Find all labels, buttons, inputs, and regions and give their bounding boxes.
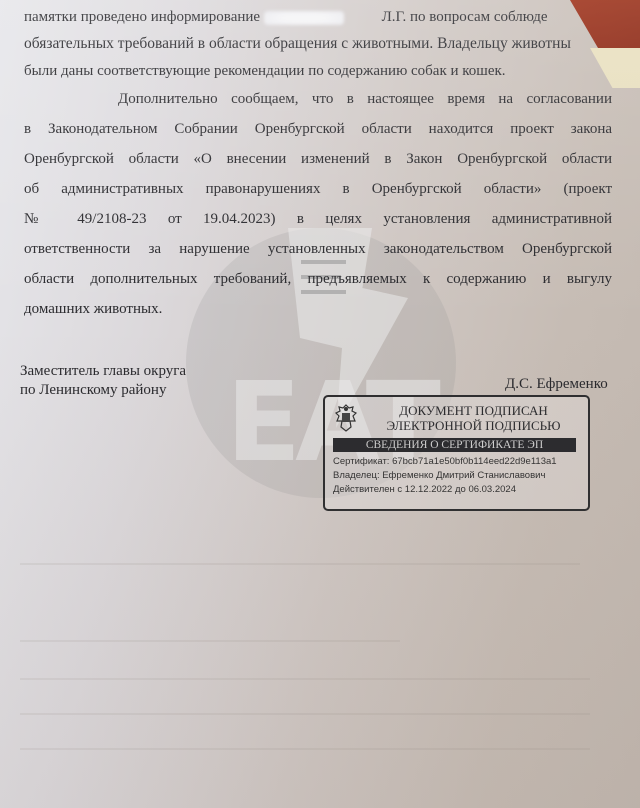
signer-position: Заместитель главы округа по Ленинскому р… xyxy=(20,362,186,400)
paragraph2-line: в Законодательном Собрании Оренбургской … xyxy=(24,118,612,140)
paragraph2-line: домашних животных. xyxy=(24,298,162,320)
paragraph2-line: ответственности за нарушение установленн… xyxy=(24,238,612,260)
bleed-through-line xyxy=(20,563,580,565)
certificate-owner: Владелец: Ефременко Дмитрий Станиславови… xyxy=(333,470,545,481)
paragraph2-line: области дополнительных требований, предъ… xyxy=(24,268,612,290)
certificate-info-bar: СВЕДЕНИЯ О СЕРТИФИКАТЕ ЭП xyxy=(333,438,576,452)
signer-name: Д.С. Ефременко xyxy=(505,376,608,393)
stamp-title-line1: ДОКУМЕНТ ПОДПИСАН xyxy=(365,403,582,418)
text-fragment: памятки проведено информирование xyxy=(24,9,260,25)
redacted-name xyxy=(264,11,344,25)
paragraph2-line: Дополнительно сообщаем, что в настоящее … xyxy=(118,88,612,110)
stamp-title-line2: ЭЛЕКТРОННОЙ ПОДПИСЬЮ xyxy=(365,418,582,433)
bleed-through-line xyxy=(20,640,400,642)
signer-position-line1: Заместитель главы округа xyxy=(20,362,186,381)
background-red-object xyxy=(570,0,640,48)
watermark-line-icon xyxy=(301,290,346,294)
bleed-through-line xyxy=(20,748,590,750)
paragraph1-line1: памятки проведено информирование Л.Г. по… xyxy=(24,6,548,28)
e-signature-stamp: ДОКУМЕНТ ПОДПИСАН ЭЛЕКТРОННОЙ ПОДПИСЬЮ С… xyxy=(323,395,590,511)
paragraph2-line: № 49/2108-23 от 19.04.2023) в целях уста… xyxy=(24,208,612,230)
coat-of-arms-icon xyxy=(333,403,359,433)
text-fragment: Л.Г. по вопросам соблюде xyxy=(382,9,548,25)
signer-position-line2: по Ленинскому району xyxy=(20,381,186,400)
bleed-through-line xyxy=(20,713,590,715)
watermark-line-icon xyxy=(301,260,346,264)
stamp-title: ДОКУМЕНТ ПОДПИСАН ЭЛЕКТРОННОЙ ПОДПИСЬЮ xyxy=(365,403,582,433)
bleed-through-line xyxy=(20,678,590,680)
paragraph2-line: об административных правонарушениях в Ор… xyxy=(24,178,612,200)
background-cream-object xyxy=(590,48,640,88)
paragraph1-line3: были даны соответствующие рекомендации п… xyxy=(24,60,506,82)
certificate-validity: Действителен с 12.12.2022 до 06.03.2024 xyxy=(333,484,516,495)
certificate-number: Сертификат: 67bcb71a1e50bf0b114eed22d9e1… xyxy=(333,456,557,467)
paragraph2-line: Оренбургской области «О внесении изменен… xyxy=(24,148,612,170)
paragraph1-line2: обязательных требований в области обраще… xyxy=(24,33,571,55)
